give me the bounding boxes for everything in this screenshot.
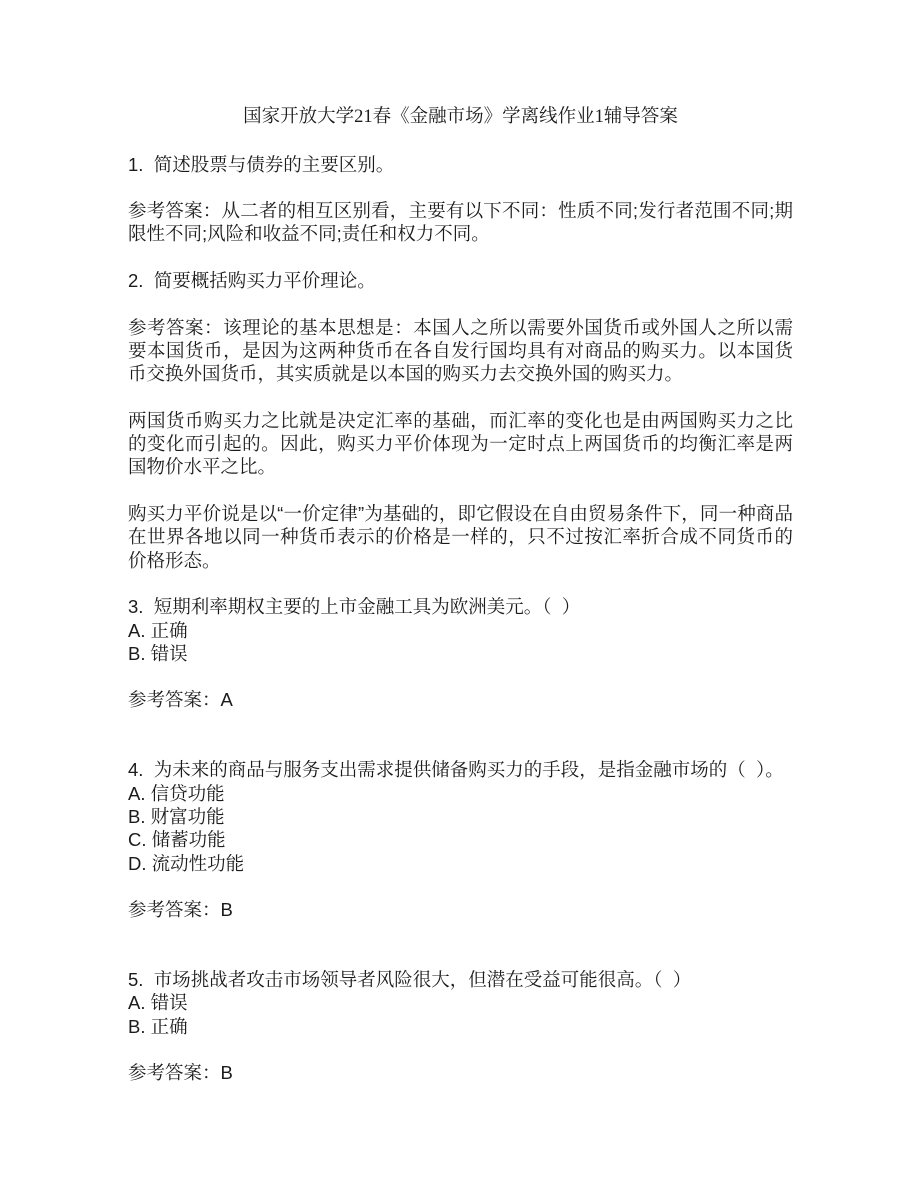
question-2-answer-paragraph-2: 两国货币购买力之比就是决定汇率的基础，而汇率的变化也是由两国购买力之比的变化而引… [128, 409, 793, 479]
question-3-block: 3. 短期利率期权主要的上市金融工具为欧洲美元。（ ） A. 正确 B. 错误 [128, 595, 793, 665]
question-4-option-d: D. 流动性功能 [128, 852, 793, 875]
document-title: 国家开放大学21春《金融市场》学离线作业1辅导答案 [128, 106, 793, 129]
question-4-answer: 参考答案：B [128, 898, 793, 921]
question-3-option-b: B. 错误 [128, 642, 793, 665]
question-5-option-b: B. 正确 [128, 1015, 793, 1038]
question-2-line: 2. 简要概括购买力平价理论。 [128, 269, 793, 292]
question-1-line: 1. 简述股票与债券的主要区别。 [128, 153, 793, 176]
question-2-answer-paragraph-1: 参考答案：该理论的基本思想是：本国人之所以需要外国货币或外国人之所以需要本国货币… [128, 316, 793, 386]
question-3-answer: 参考答案：A [128, 688, 793, 711]
question-4-line: 4. 为未来的商品与服务支出需求提供储备购买力的手段，是指金融市场的（ ）。 [128, 758, 793, 781]
document-page: 国家开放大学21春《金融市场》学离线作业1辅导答案 1. 简述股票与债券的主要区… [0, 0, 920, 1191]
question-2-answer-paragraph-3: 购买力平价说是以“一价定律”为基础的，即它假设在自由贸易条件下，同一种商品在世界… [128, 502, 793, 572]
question-4-option-a: A. 信贷功能 [128, 782, 793, 805]
question-4-option-c: C. 储蓄功能 [128, 828, 793, 851]
question-1-answer: 参考答案：从二者的相互区别看，主要有以下不同：性质不同;发行者范围不同;期限性不… [128, 199, 793, 246]
question-5-option-a: A. 错误 [128, 991, 793, 1014]
question-5-line: 5. 市场挑战者攻击市场领导者风险很大，但潜在受益可能很高。（ ） [128, 968, 793, 991]
question-4-option-b: B. 财富功能 [128, 805, 793, 828]
question-5-answer: 参考答案：B [128, 1061, 793, 1084]
question-5-block: 5. 市场挑战者攻击市场领导者风险很大，但潜在受益可能很高。（ ） A. 错误 … [128, 968, 793, 1038]
question-3-option-a: A. 正确 [128, 619, 793, 642]
question-4-block: 4. 为未来的商品与服务支出需求提供储备购买力的手段，是指金融市场的（ ）。 A… [128, 758, 793, 874]
question-3-line: 3. 短期利率期权主要的上市金融工具为欧洲美元。（ ） [128, 595, 793, 618]
